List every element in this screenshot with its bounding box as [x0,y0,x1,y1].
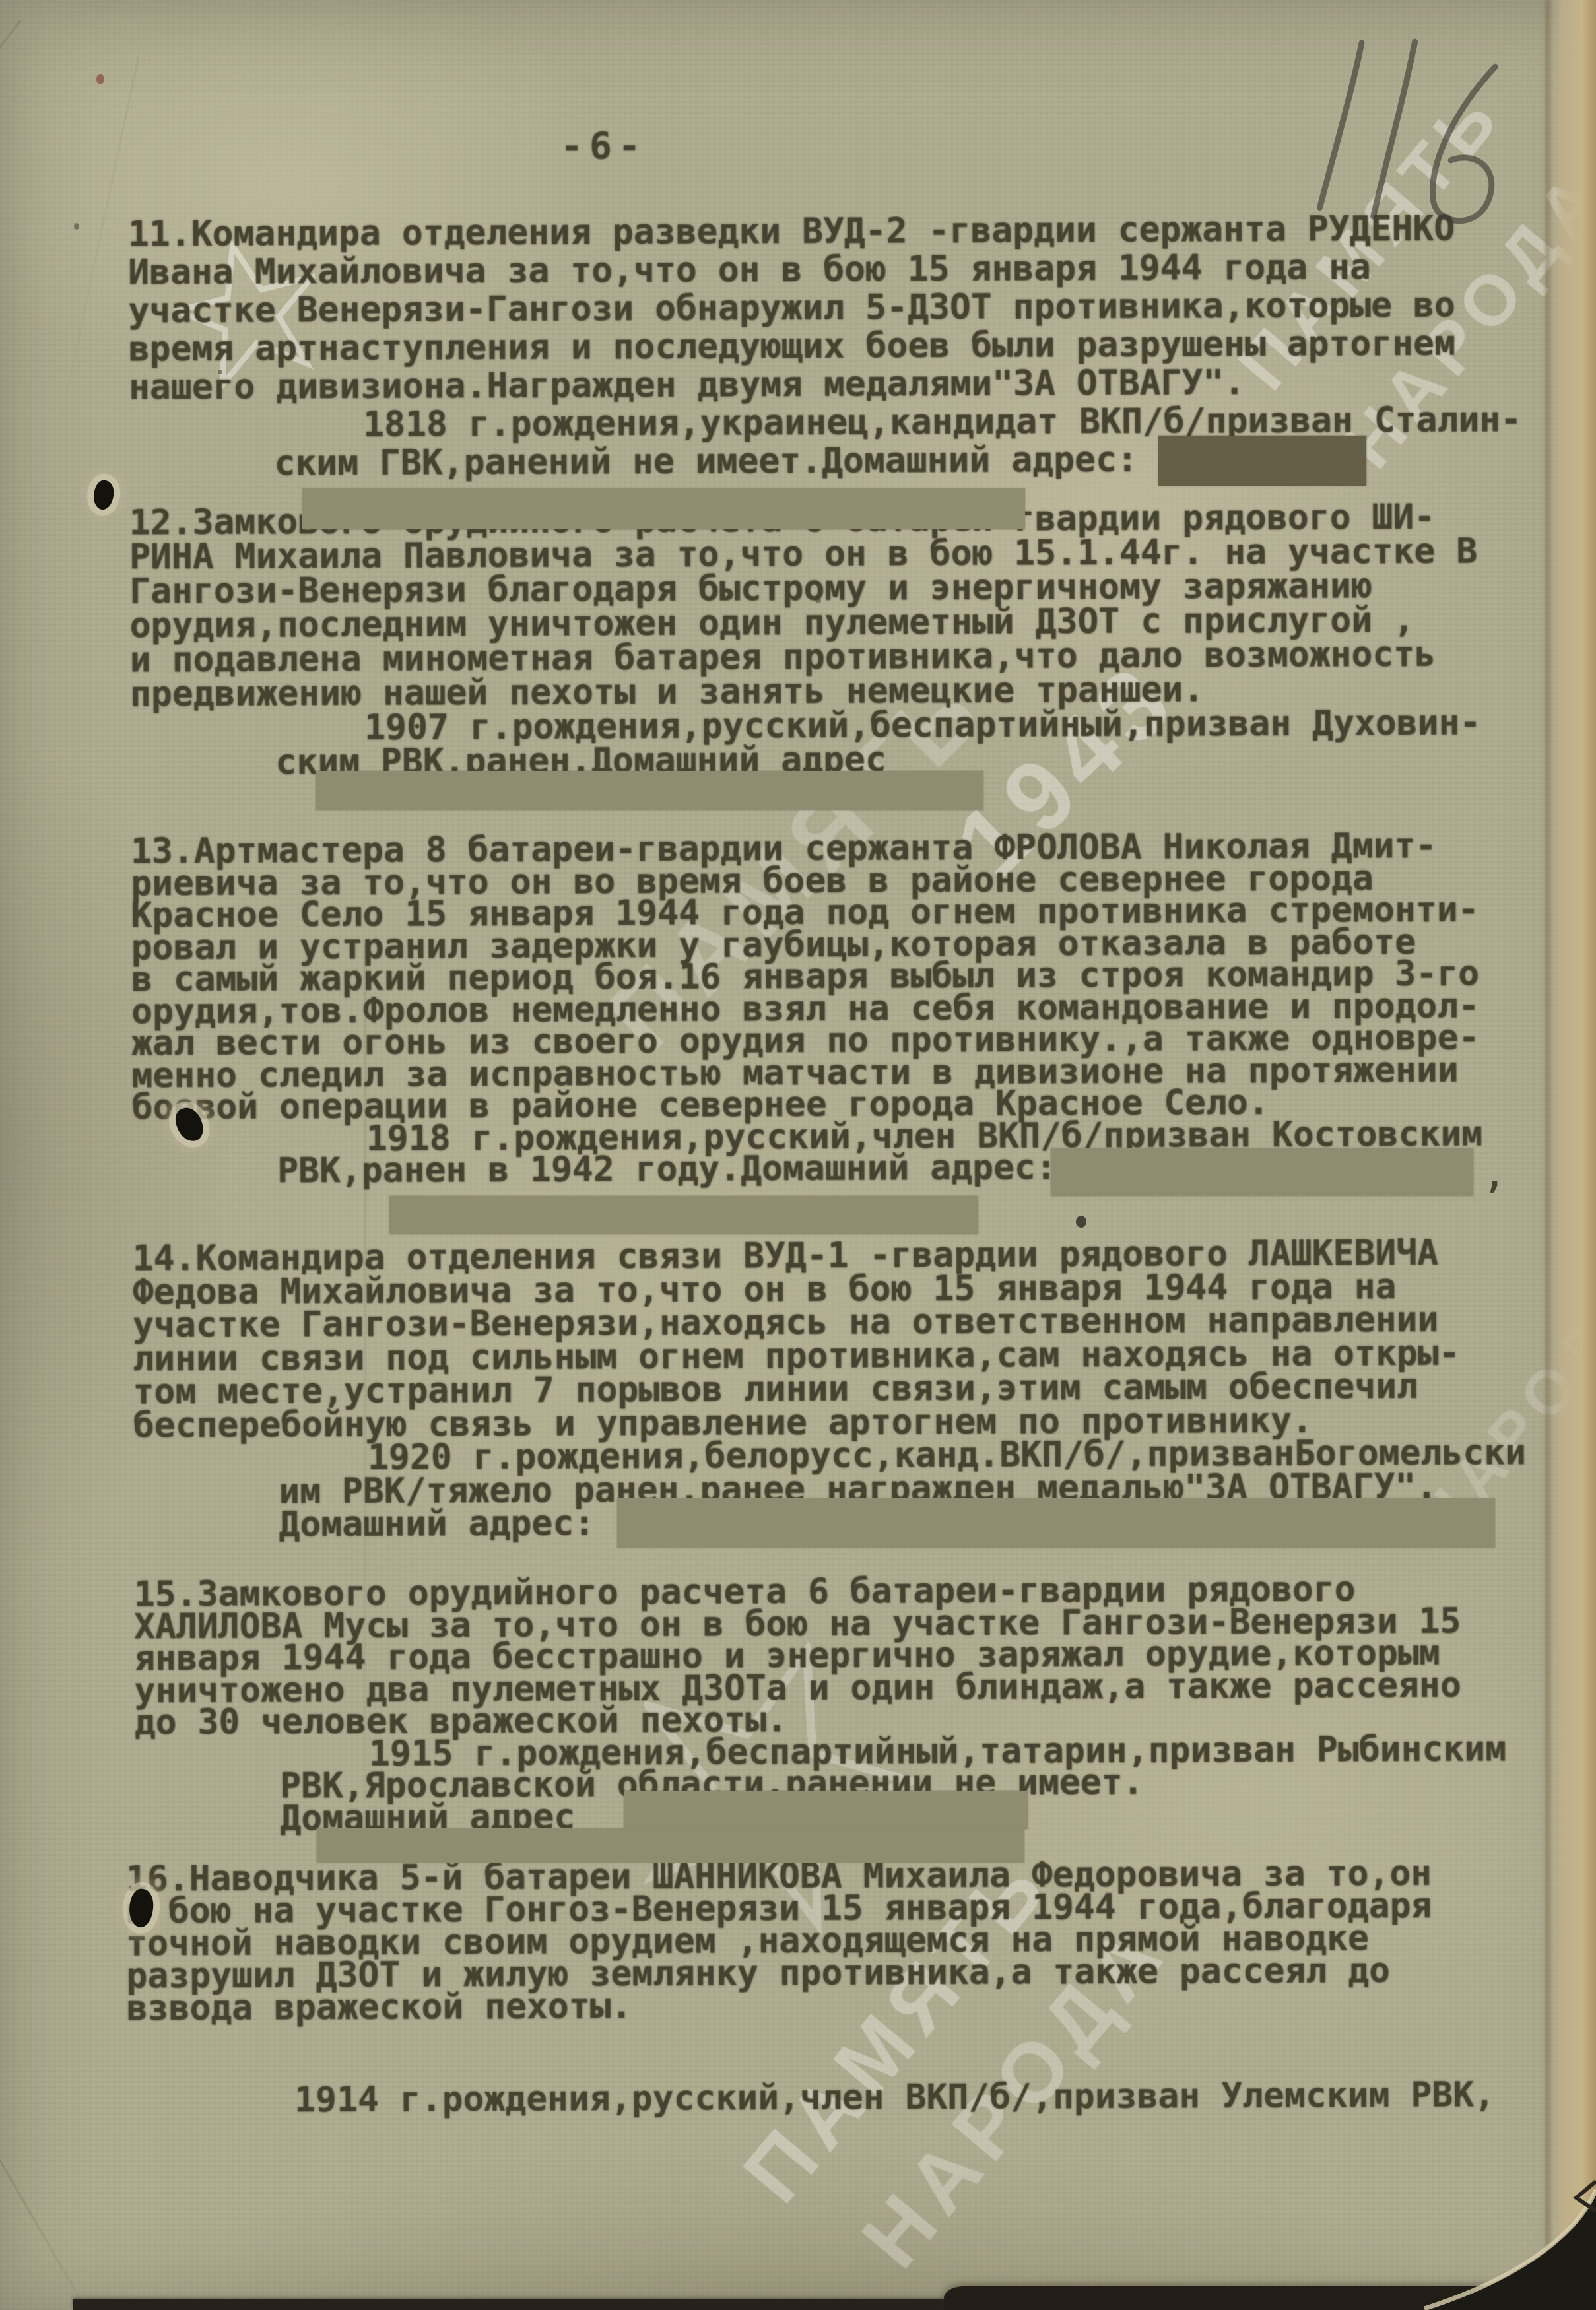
ink-speck [815,597,821,603]
redaction-box [617,1498,1495,1548]
ink-speck [218,370,222,374]
redaction-box [1051,1148,1473,1196]
page-edge-tear [1570,2178,1596,2218]
typed-line: 1907 г.рождения,русский,беспартийный,при… [364,706,1480,744]
typed-line: 1914 г.рождения,русский,член ВКП/б/,приз… [294,2074,1495,2120]
ink-speck [96,74,104,84]
ink-speck [1076,1216,1086,1228]
scan-background-corner [1398,2152,1596,2310]
paragraph-item-12: 12.Замкового орудийного расчета 6 батаре… [129,500,1481,780]
page-edge [1548,0,1596,2310]
typed-line: разрушил ДЗОТ и жилую землянку противник… [126,1954,1432,1993]
paragraph-item-16: 16.Наводчика 5-й батареи ШАННИКОВА Михаи… [126,1857,1432,2025]
scanned-document-page: ПАМЯТЬ НАРОДА 1943 ПАМЯТЬ ПАМЯТЬ НАРОДА … [0,0,1596,2310]
redaction-box [1158,436,1366,486]
typed-comma: , [1484,1156,1505,1196]
redaction-box [316,771,983,810]
redaction-box [624,1791,1028,1829]
ink-speck [244,1585,249,1591]
ink-speck [74,223,79,230]
paragraph-item-14: 14.Командира отделения связи ВУД-1 -гвар… [133,1236,1527,1542]
typed-line: время артнаступления и последующих боев … [129,324,1521,368]
paragraph-item-13: 13.Артмастера 8 батареи-гвардии сержанта… [131,830,1482,1187]
redaction-box [302,488,1025,529]
redaction-box [389,1196,978,1234]
redaction-box [317,1828,1024,1863]
handwritten-page-number [1280,7,1539,248]
page-number: -6- [560,125,647,168]
